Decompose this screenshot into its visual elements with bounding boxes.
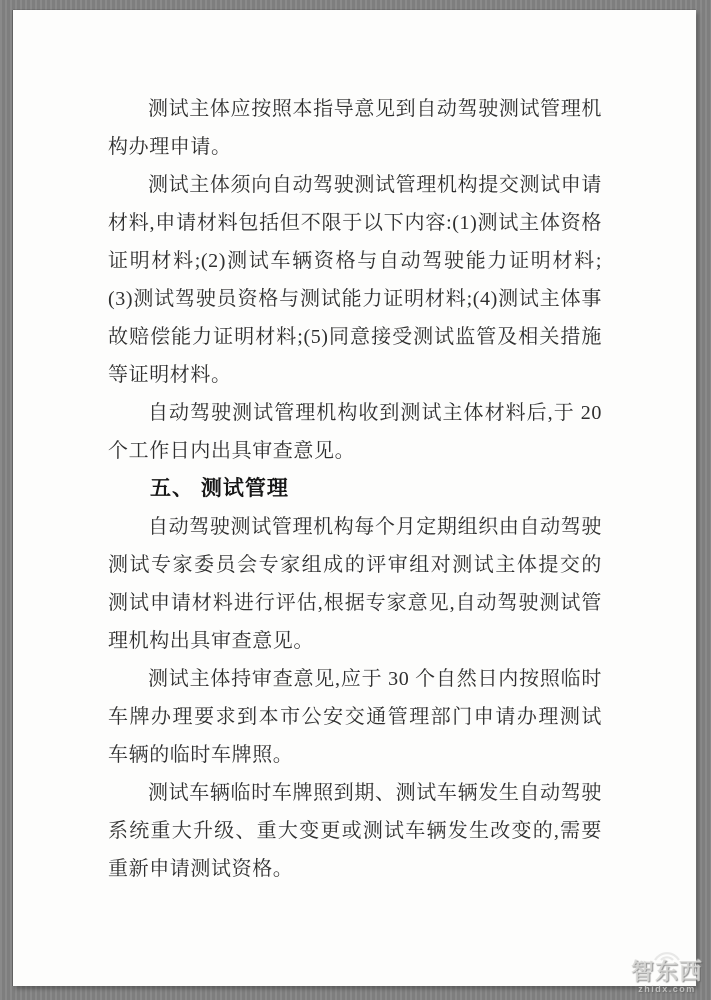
paragraph-requalification: 测试车辆临时车牌照到期、测试车辆发生自动驾驶系统重大升级、重大变更或测试车辆发生… <box>108 774 602 888</box>
paragraph-temporary-plate: 测试主体持审查意见,应于 30 个自然日内按照临时车牌办理要求到本市公安交通管理… <box>108 660 602 774</box>
document-page: 测试主体应按照本指导意见到自动驾驶测试管理机构办理申请。 测试主体须向自动驾驶测… <box>13 10 696 986</box>
paragraph-materials: 测试主体须向自动驾驶测试管理机构提交测试申请材料,申请材料包括但不限于以下内容:… <box>108 166 602 394</box>
paragraph-application: 测试主体应按照本指导意见到自动驾驶测试管理机构办理申请。 <box>108 90 602 166</box>
document-body: 测试主体应按照本指导意见到自动驾驶测试管理机构办理申请。 测试主体须向自动驾驶测… <box>108 90 602 888</box>
paragraph-review-20days: 自动驾驶测试管理机构收到测试主体材料后,于 20 个工作日内出具审查意见。 <box>108 394 602 470</box>
paragraph-expert-review: 自动驾驶测试管理机构每个月定期组织由自动驾驶测试专家委员会专家组成的评审组对测试… <box>108 508 602 660</box>
section-heading-test-management: 五、 测试管理 <box>108 470 602 508</box>
